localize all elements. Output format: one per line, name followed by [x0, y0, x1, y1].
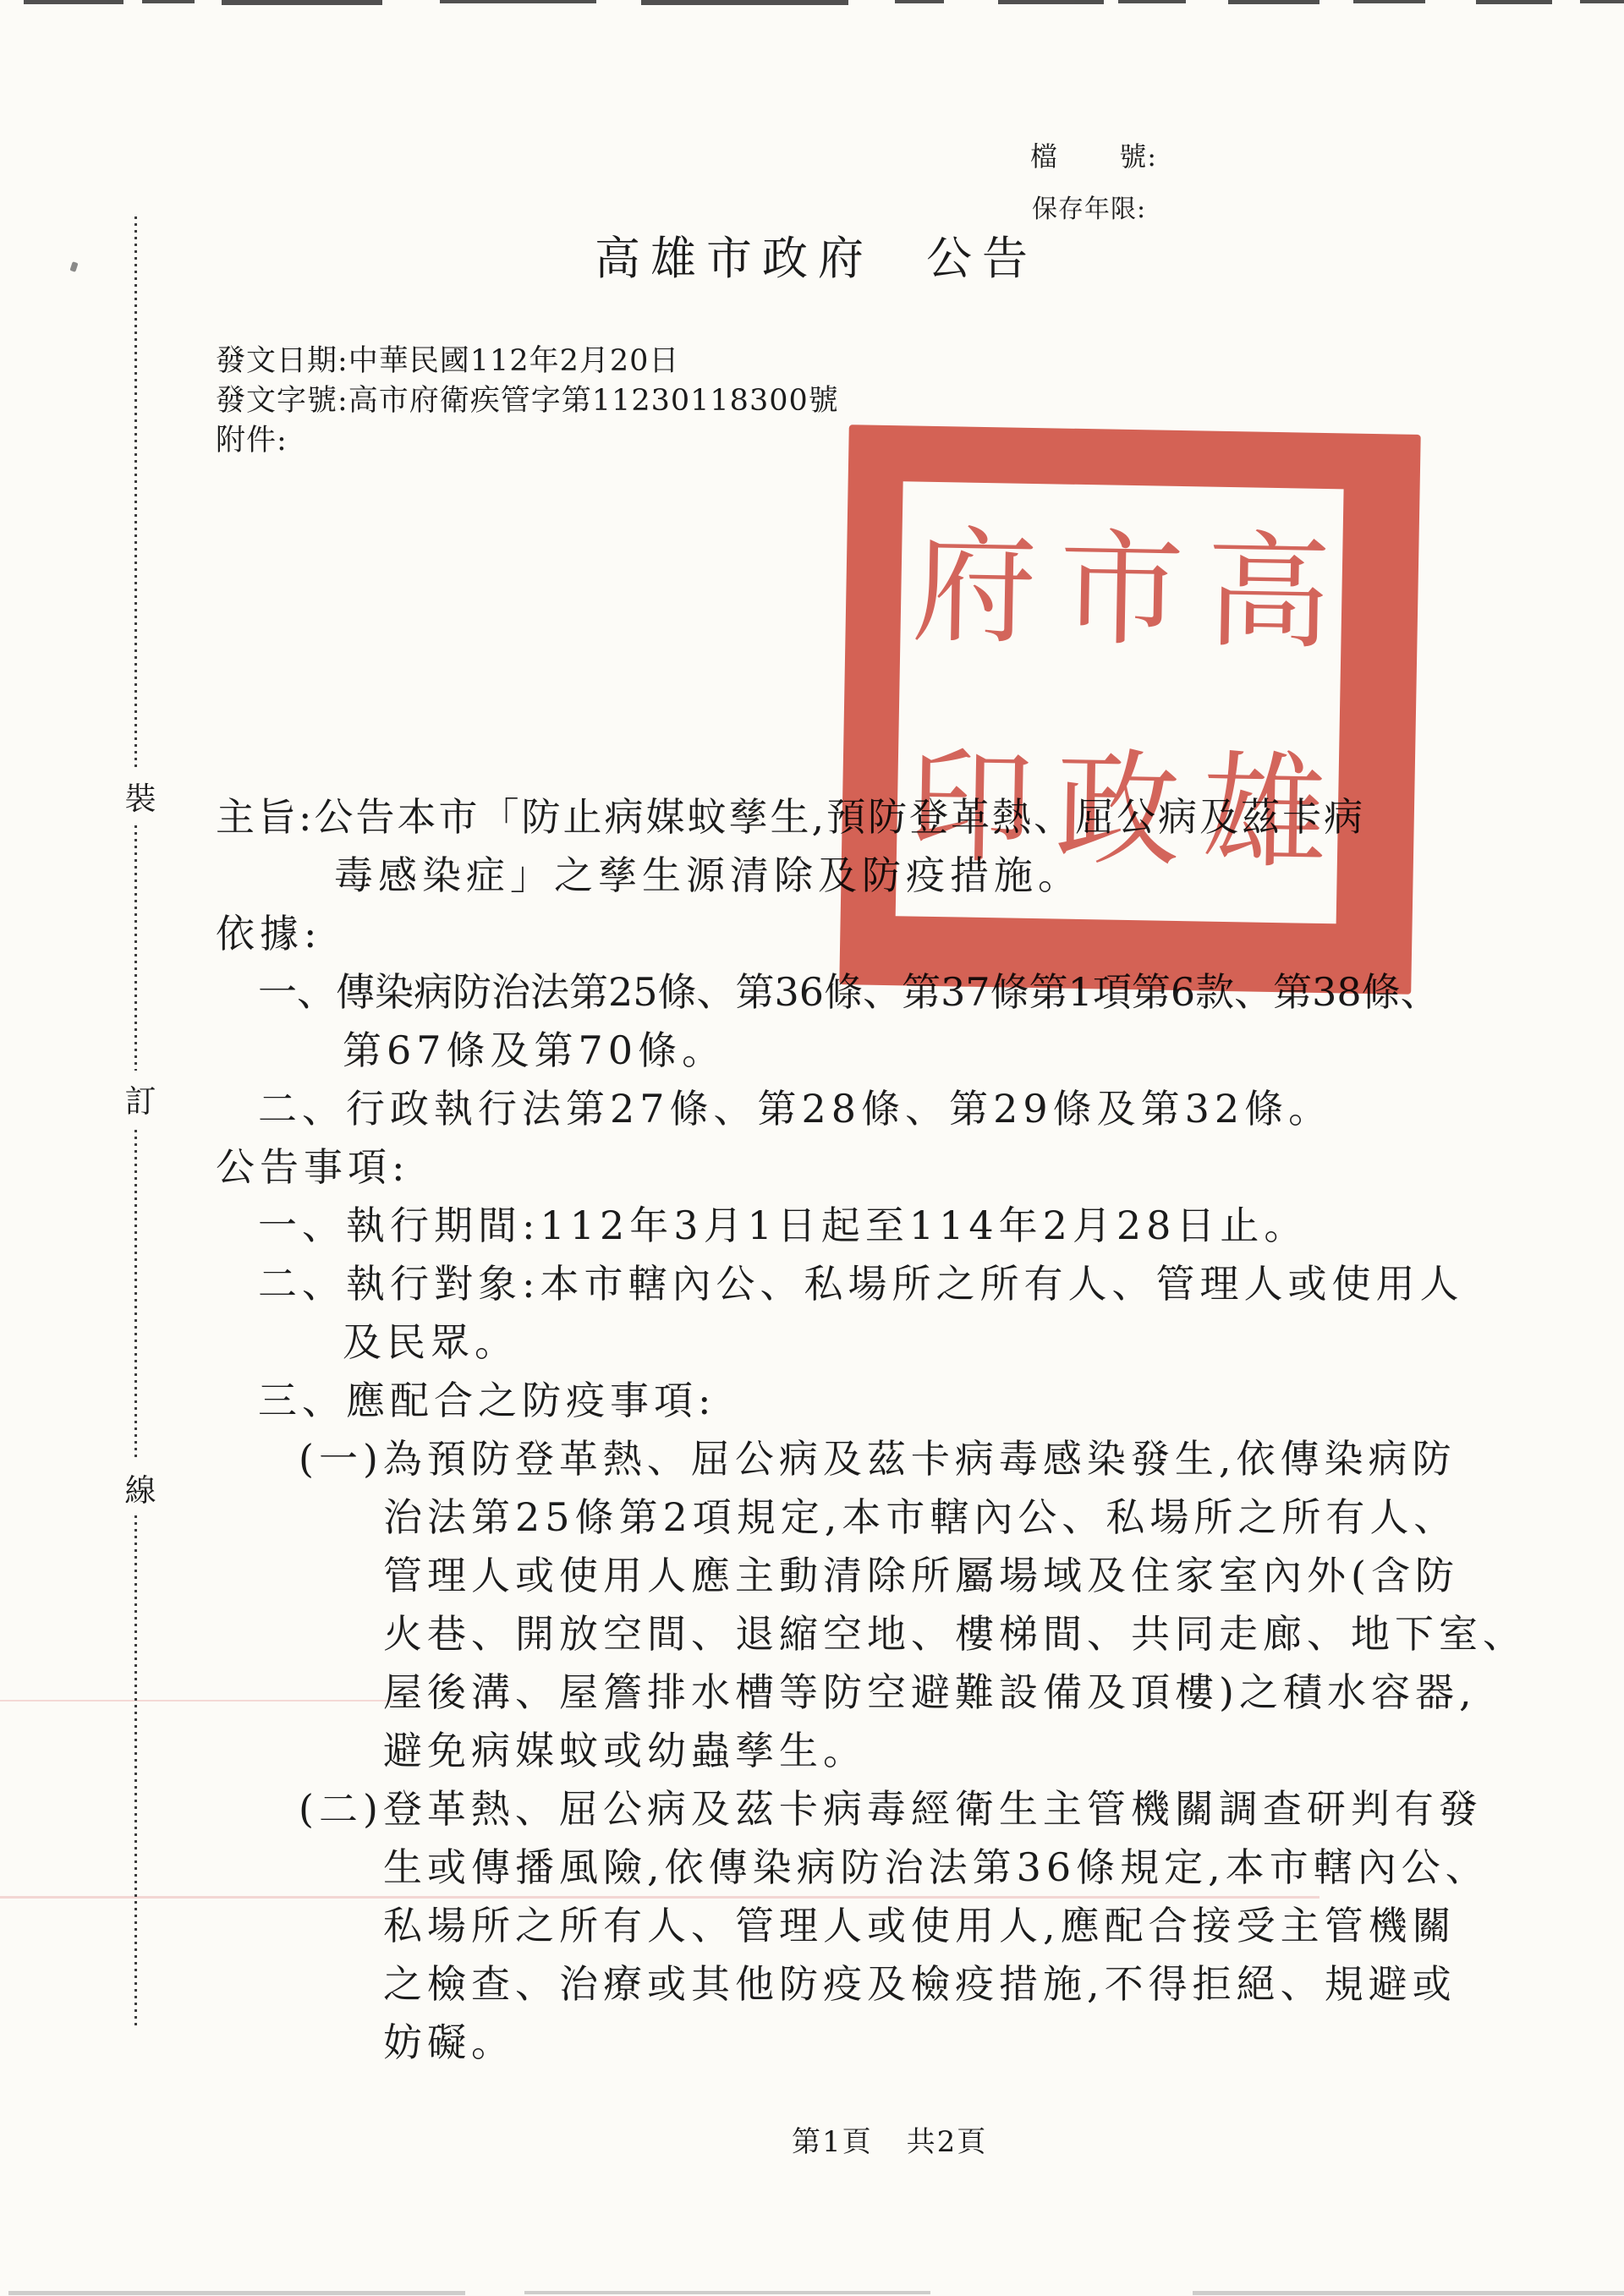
- seal-char: 雄: [1189, 701, 1340, 923]
- body-line: 公告事項:: [0, 1138, 1624, 1197]
- body-line: 二、行政執行法第27條、第28條、第29條及第32條。: [0, 1080, 1624, 1138]
- official-seal-stamp: 高 雄 市 政 府 印: [839, 425, 1420, 995]
- body-line: 一、執行期間:112年3月1日起至114年2月28日止。: [0, 1197, 1624, 1255]
- body-line: 治法第25條第2項規定,本市轄內公、私場所之所有人、: [0, 1488, 1624, 1547]
- seal-char: 高: [1193, 481, 1344, 704]
- body-line: 第67條及第70條。: [0, 1022, 1624, 1080]
- body-line: 管理人或使用人應主動清除所屬場域及住家室內外(含防: [0, 1547, 1624, 1605]
- seal-char: 印: [896, 696, 1046, 918]
- issuing-agency: 高雄市政府: [595, 222, 874, 288]
- seal-char: 市: [1046, 479, 1197, 701]
- body-line: 屋後溝、屋簷排水槽等防空避難設備及頂樓)之積水容器,: [0, 1663, 1624, 1722]
- file-number-colon: 號:: [1119, 135, 1157, 174]
- body-line: 及民眾。: [0, 1313, 1624, 1372]
- retention-period-label: 保存年限:: [1032, 188, 1146, 225]
- body-line: 妨礙。: [0, 2014, 1624, 2072]
- body-line: (二)登革熱、屈公病及茲卡病毒經衛生主管機關調查研判有發: [0, 1780, 1624, 1838]
- seal-char: 府: [899, 476, 1050, 699]
- document-meta: 發文日期:中華民國112年2月20日 發文字號:高市府衛疾管字第11230118…: [216, 342, 839, 461]
- body-line: 之檢查、治療或其他防疫及檢疫措施,不得拒絕、規避或: [0, 1955, 1624, 2014]
- doc-number-line: 發文字號:高市府衛疾管字第11230118300號: [216, 381, 839, 421]
- body-line: (一)為預防登革熱、屈公病及茲卡病毒感染發生,依傳染病防: [0, 1430, 1624, 1488]
- seal-characters: 高 雄 市 政 府 印: [896, 476, 1344, 923]
- body-line: 生或傳播風險,依傳染病防治法第36條規定,本市轄內公、: [0, 1838, 1624, 1897]
- total-pages: 共2頁: [907, 2118, 988, 2160]
- document-title: 高雄市政府 公告: [595, 222, 1038, 288]
- body-line: 二、執行對象:本市轄內公、私場所之所有人、管理人或使用人: [0, 1255, 1624, 1313]
- document-type: 公告: [926, 222, 1038, 288]
- scan-speck: [69, 261, 78, 272]
- body-line: 私場所之所有人、管理人或使用人,應配合接受主管機關: [0, 1897, 1624, 1955]
- current-page: 第1頁: [792, 2118, 873, 2160]
- binding-mark-ding: 訂: [122, 1071, 159, 1126]
- attachment-label: 附件:: [216, 421, 839, 461]
- file-number-char: 檔: [1030, 135, 1058, 174]
- body-line: 避免病媒蚊或幼蟲孳生。: [0, 1722, 1624, 1780]
- body-line: 火巷、開放空間、退縮空地、樓梯間、共同走廊、地下室、: [0, 1605, 1624, 1663]
- binding-mark-zhuang: 裝: [122, 768, 159, 824]
- binding-mark-xian: 線: [122, 1460, 159, 1515]
- issue-date-line: 發文日期:中華民國112年2月20日: [216, 342, 839, 381]
- scanned-announcement-page: 檔 號: 保存年限: 高雄市政府 公告 發文日期:中華民國112年2月20日 發…: [0, 0, 1624, 2296]
- file-number-label: 檔 號:: [1030, 135, 1157, 174]
- page-footer: 第1頁 共2頁: [792, 2118, 987, 2160]
- seal-char: 政: [1042, 699, 1193, 921]
- body-line: 三、應配合之防疫事項:: [0, 1372, 1624, 1430]
